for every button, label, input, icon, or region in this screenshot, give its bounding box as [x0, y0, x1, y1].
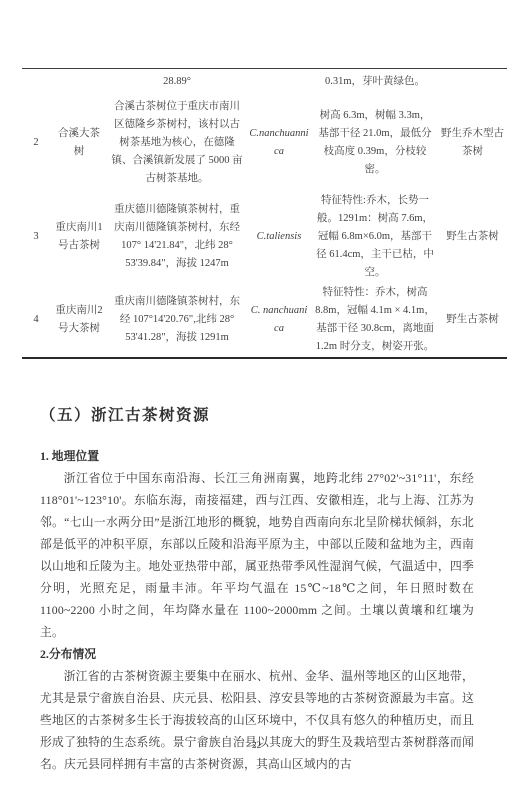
table-row-continued: 28.89° 0.31m，芽叶黄绿色。	[22, 69, 507, 96]
cell-location: 合溪古茶树位于重庆市南川区德隆乡茶树村，该村以古树茶基地为核心，在德隆镇、合溪镇…	[108, 96, 246, 191]
cell-name: 重庆南川2号大茶树	[50, 283, 108, 358]
cell-index: 4	[22, 283, 50, 358]
cell-location: 重庆德川德隆镇茶树村，重庆南川德隆镇茶树村，东经 107° 14'21.84"，…	[108, 191, 246, 283]
cell-type: 野生乔木型古茶树	[438, 96, 507, 191]
cell-type: 野生古茶树	[438, 283, 507, 358]
cell-type	[438, 69, 507, 96]
cell-index: 2	[22, 96, 50, 191]
cell-characteristics: 特征特性:乔木，长势一般。1291m：树高 7.6m，冠幅 6.8m×6.0m，…	[312, 191, 438, 283]
paragraph-distribution: 浙江省的古茶树资源主要集中在丽水、杭州、金华、温州等地区的山区地带，尤其是景宁畲…	[40, 665, 474, 775]
cell-name: 合溪大茶树	[50, 96, 108, 191]
cell-location: 重庆南川德隆镇茶树村，东经 107°14'20.76",北纬 28° 53'41…	[108, 283, 246, 358]
cell-species: C. nanchuanica	[246, 283, 312, 358]
paragraph-geography: 浙江省位于中国东南沿海、长江三角洲南翼，地跨北纬 27°02'~31°11'，东…	[40, 467, 474, 643]
cell-type: 野生古茶树	[438, 191, 507, 283]
document-page: 28.89° 0.31m，芽叶黄绿色。 2 合溪大茶树 合溪古茶树位于重庆市南川…	[0, 0, 513, 800]
subsection-title-geography: 1. 地理位置	[40, 445, 513, 467]
cell-index: 3	[22, 191, 50, 283]
table-row: 4 重庆南川2号大茶树 重庆南川德隆镇茶树村，东经 107°14'20.76",…	[22, 283, 507, 358]
cell-name	[50, 69, 108, 96]
ancient-tea-tree-table: 28.89° 0.31m，芽叶黄绿色。 2 合溪大茶树 合溪古茶树位于重庆市南川…	[22, 68, 507, 359]
page-number: 22	[0, 740, 513, 750]
cell-name: 重庆南川1号古茶树	[50, 191, 108, 283]
subsection-title-distribution: 2.分布情况	[40, 643, 513, 665]
section-heading: （五）浙江古茶树资源	[40, 403, 513, 425]
cell-species	[246, 69, 312, 96]
cell-species: C.nanchuannica	[246, 96, 312, 191]
cell-characteristics: 树高 6.3m，树幅 3.3m，基部干径 21.0m，最低分枝高度 0.39m，…	[312, 96, 438, 191]
cell-characteristics: 0.31m，芽叶黄绿色。	[312, 69, 438, 96]
table-row: 3 重庆南川1号古茶树 重庆德川德隆镇茶树村，重庆南川德隆镇茶树村，东经 107…	[22, 191, 507, 283]
cell-species: C.taliensis	[246, 191, 312, 283]
cell-characteristics: 特征特性：乔木，树高 8.8m，冠幅 4.1m × 4.1m，基部干径 30.8…	[312, 283, 438, 358]
cell-index	[22, 69, 50, 96]
cell-location: 28.89°	[108, 69, 246, 96]
table-row: 2 合溪大茶树 合溪古茶树位于重庆市南川区德隆乡茶树村，该村以古树茶基地为核心，…	[22, 96, 507, 191]
